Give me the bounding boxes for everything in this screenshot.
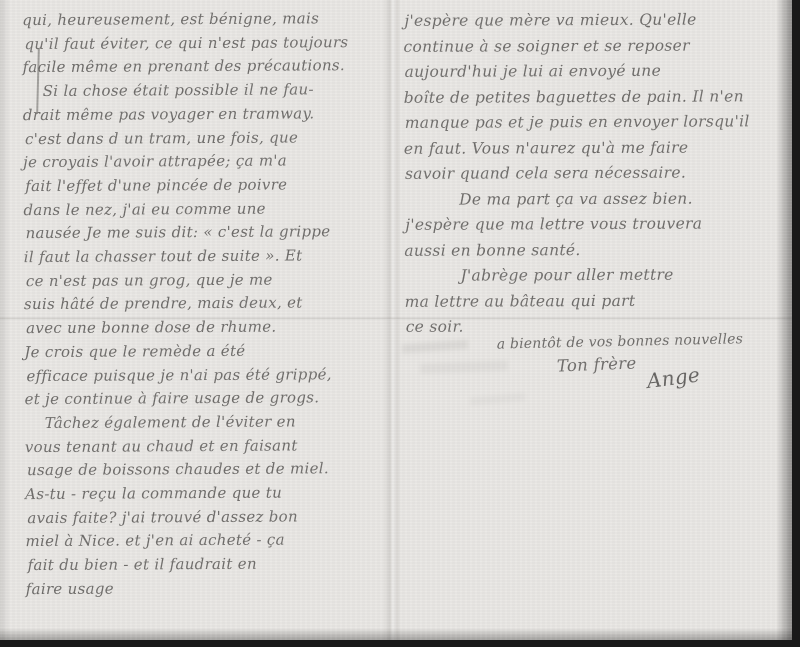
handwriting-line: il faut la chasser tout de suite ». Et [24,244,386,270]
ink-bleed-through-mark [470,393,525,406]
signoff-line: Ton frère [556,350,637,379]
ink-bleed-through-mark [402,340,468,354]
handwriting-line: c'est dans d un tram, une fois, que [25,125,385,151]
scanned-letter-spread: qui, heureusement, est bénigne, mais qu'… [0,0,800,647]
signature: Ange [645,362,701,394]
handwriting-line: suis hâté de prendre, mais deux, et [24,291,386,317]
handwriting-line: nausée Je me suis dit: « c'est la grippe [25,220,385,246]
scan-shadow-bottom [0,628,792,640]
handwriting-line: aujourd'hui je lui ai envoyé une [405,58,792,85]
handwriting-line: De ma part ça va assez bien. [404,186,792,213]
handwriting-line: ce n'est pas un grog, que je me [26,268,386,294]
handwriting-line: Tâchez également de l'éviter en [27,410,387,436]
handwriting-line: boîte de petites baguettes de pain. Il n… [404,84,792,111]
letter-page-left: qui, heureusement, est bénigne, mais qu'… [22,7,388,602]
handwriting-line: manque pas et je puis en envoyer lorsqu'… [405,109,792,136]
handwriting-line: Je crois que le remède a été [24,339,386,365]
handwriting-line: fait du bien - et il faudrait en [28,552,388,578]
handwriting-line: qu'il faut éviter, ce qui n'est pas touj… [24,31,384,57]
handwriting-line: vous tenant au chaud et en faisant [25,434,387,460]
letter-page-right: j'espère que mère va mieux. Qu'elle cont… [403,7,792,340]
handwriting-line: je croyais l'avoir attrapée; ça m'a [23,149,385,175]
handwriting-line: savoir quand cela sera nécessaire. [405,160,792,187]
scan-shadow-left [0,0,10,640]
handwriting-line: drait même pas voyager en tramway. [23,102,385,128]
handwriting-line: Si la chose était possible il ne fau- [25,78,385,104]
handwriting-line: aussi en bonne santé. [404,237,792,264]
handwriting-line: dans le nez, j'ai eu comme une [23,197,385,223]
handwriting-line: fait l'effet d'une pincée de poivre [25,173,385,199]
handwriting-line: avais faite? j'ai trouvé d'assez bon [27,505,387,531]
handwriting-line: usage de boissons chaudes et de miel. [27,457,387,483]
handwriting-line: continue à se soigner et se reposer [403,33,791,60]
handwriting-line: facile même en prenant des précautions. [22,54,384,80]
handwriting-line: j'espère que ma lettre vous trouvera [405,211,792,238]
handwriting-line: j'espère que mère va mieux. Qu'elle [404,7,791,34]
ink-bleed-through-mark [420,360,508,373]
handwriting-line: ma lettre au bâteau qui part [405,288,792,315]
handwriting-line: en faut. Vous n'aurez qu'à me faire [404,135,792,162]
handwriting-line: miel à Nice. et j'en ai acheté - ça [25,528,387,554]
handwriting-line: J'abrège pour aller mettre [405,262,792,289]
handwriting-line: et je continue à faire usage de grogs. [25,386,387,412]
handwriting-line: avec une bonne dose de rhume. [26,315,386,341]
handwriting-line: efficace puisque je n'ai pas été grippé, [26,362,386,388]
handwriting-line: qui, heureusement, est bénigne, mais [22,7,384,33]
letter-paper: qui, heureusement, est bénigne, mais qu'… [0,0,792,640]
handwriting-line: As-tu - reçu la commande que tu [25,481,387,507]
handwriting-line: faire usage [26,576,388,602]
